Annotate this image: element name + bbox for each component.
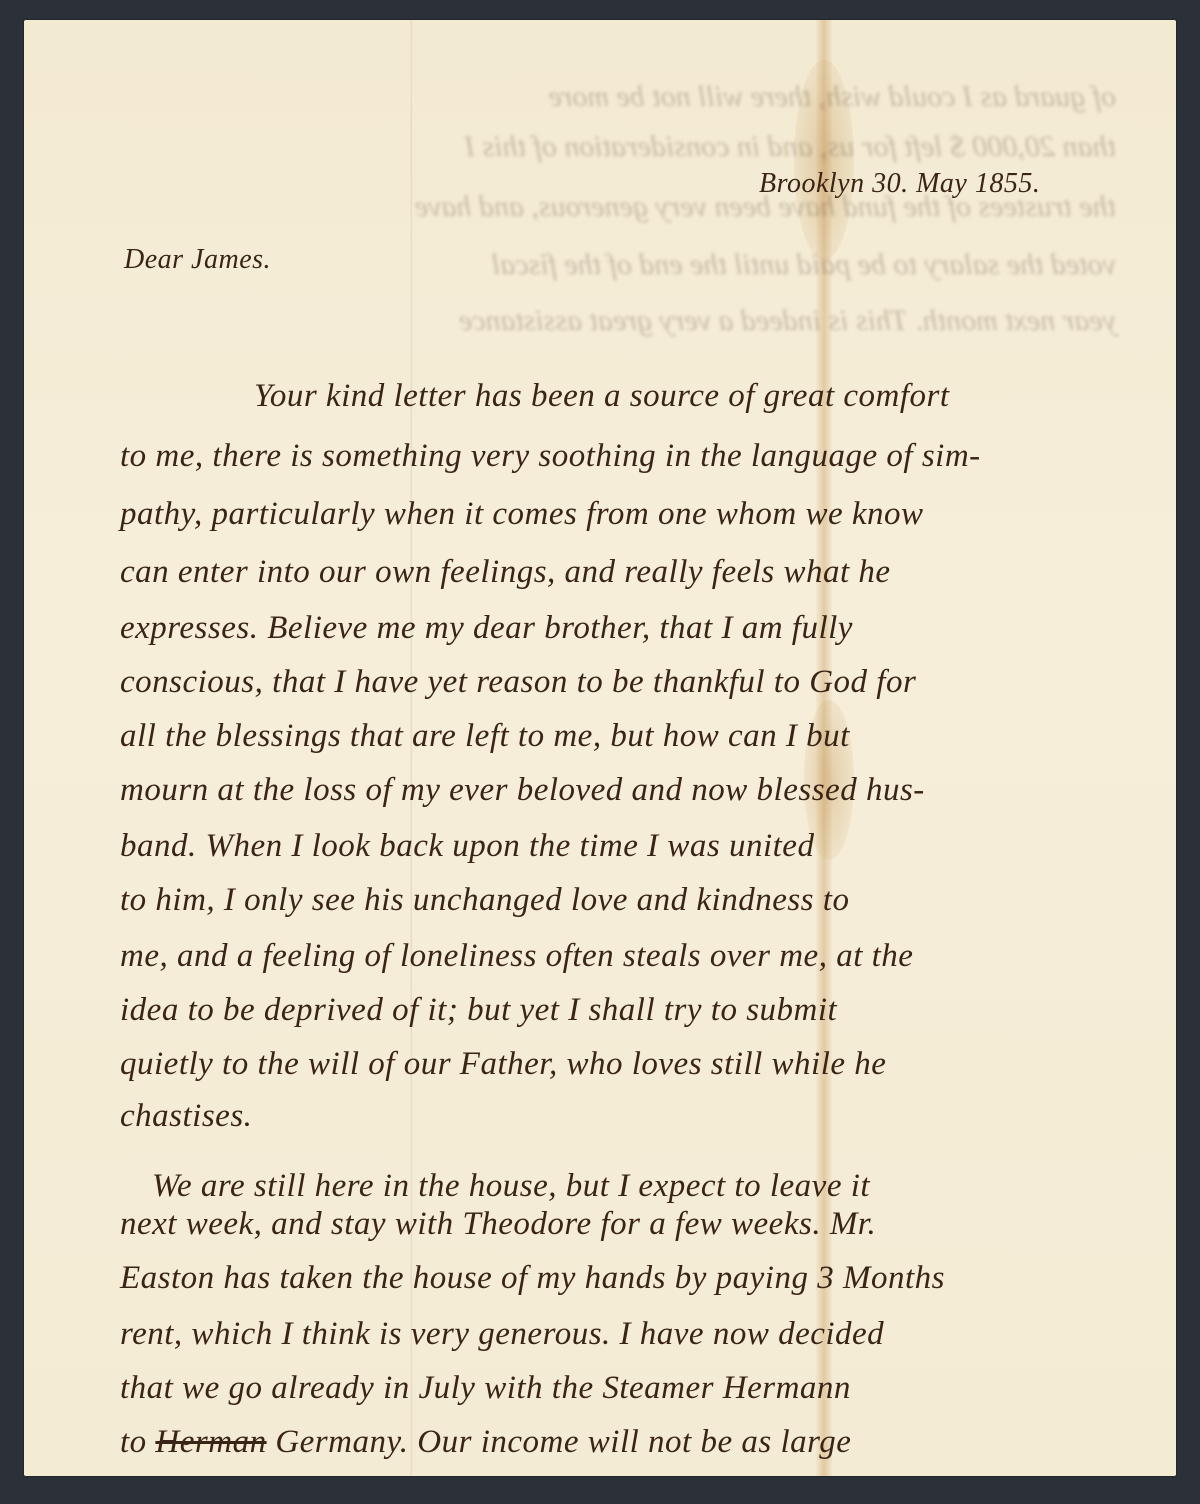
letter-line: that we go already in July with the Stea… [120,1370,1176,1407]
letter-line: chastises. [120,1098,1176,1135]
letter-line: next week, and stay with Theodore for a … [120,1206,1176,1243]
letter-line: can enter into our own feelings, and rea… [120,554,1176,591]
letter-line: quietly to the will of our Father, who l… [120,1046,1176,1083]
letter-line: idea to be deprived of it; but yet I sha… [120,992,1176,1029]
letter-line: Your kind letter has been a source of gr… [254,378,1176,415]
line-rest: Germany. Our income will not be as large [275,1424,851,1460]
letter-line: all the blessings that are left to me, b… [120,718,1176,755]
letter-line: conscious, that I have yet reason to be … [120,664,1176,701]
letter-line: band. When I look back upon the time I w… [120,828,1176,865]
letter-line: mourn at the loss of my ever beloved and… [120,772,1176,809]
letter-page: of guard as I could wish, there will not… [24,20,1176,1476]
letter-line: Easton has taken the house of my hands b… [120,1260,1176,1297]
letter-line: rent, which I think is very generous. I … [120,1316,1176,1353]
bleed-through-line: year next month. This is indeed a very g… [24,304,1176,338]
bleed-through-line: than 20,000 $ left for us, and in consid… [24,130,1176,164]
struck-word: Herman [155,1424,266,1460]
letter-line: to me, there is something very soothing … [120,438,1176,475]
dateline: Brooklyn 30. May 1855. [759,168,1176,200]
letter-line-germany: to Herman Germany. Our income will not b… [120,1424,1176,1461]
letter-line: We are still here in the house, but I ex… [152,1168,1176,1205]
salutation: Dear James. [124,244,1176,276]
letter-line: me, and a feeling of loneliness often st… [120,938,1176,975]
struck-prefix: to [120,1424,147,1460]
letter-line: expresses. Believe me my dear brother, t… [120,610,1176,647]
letter-line: pathy, particularly when it comes from o… [120,496,1176,533]
letter-line: to him, I only see his unchanged love an… [120,882,1176,919]
bleed-through-line: of guard as I could wish, there will not… [24,80,1176,114]
